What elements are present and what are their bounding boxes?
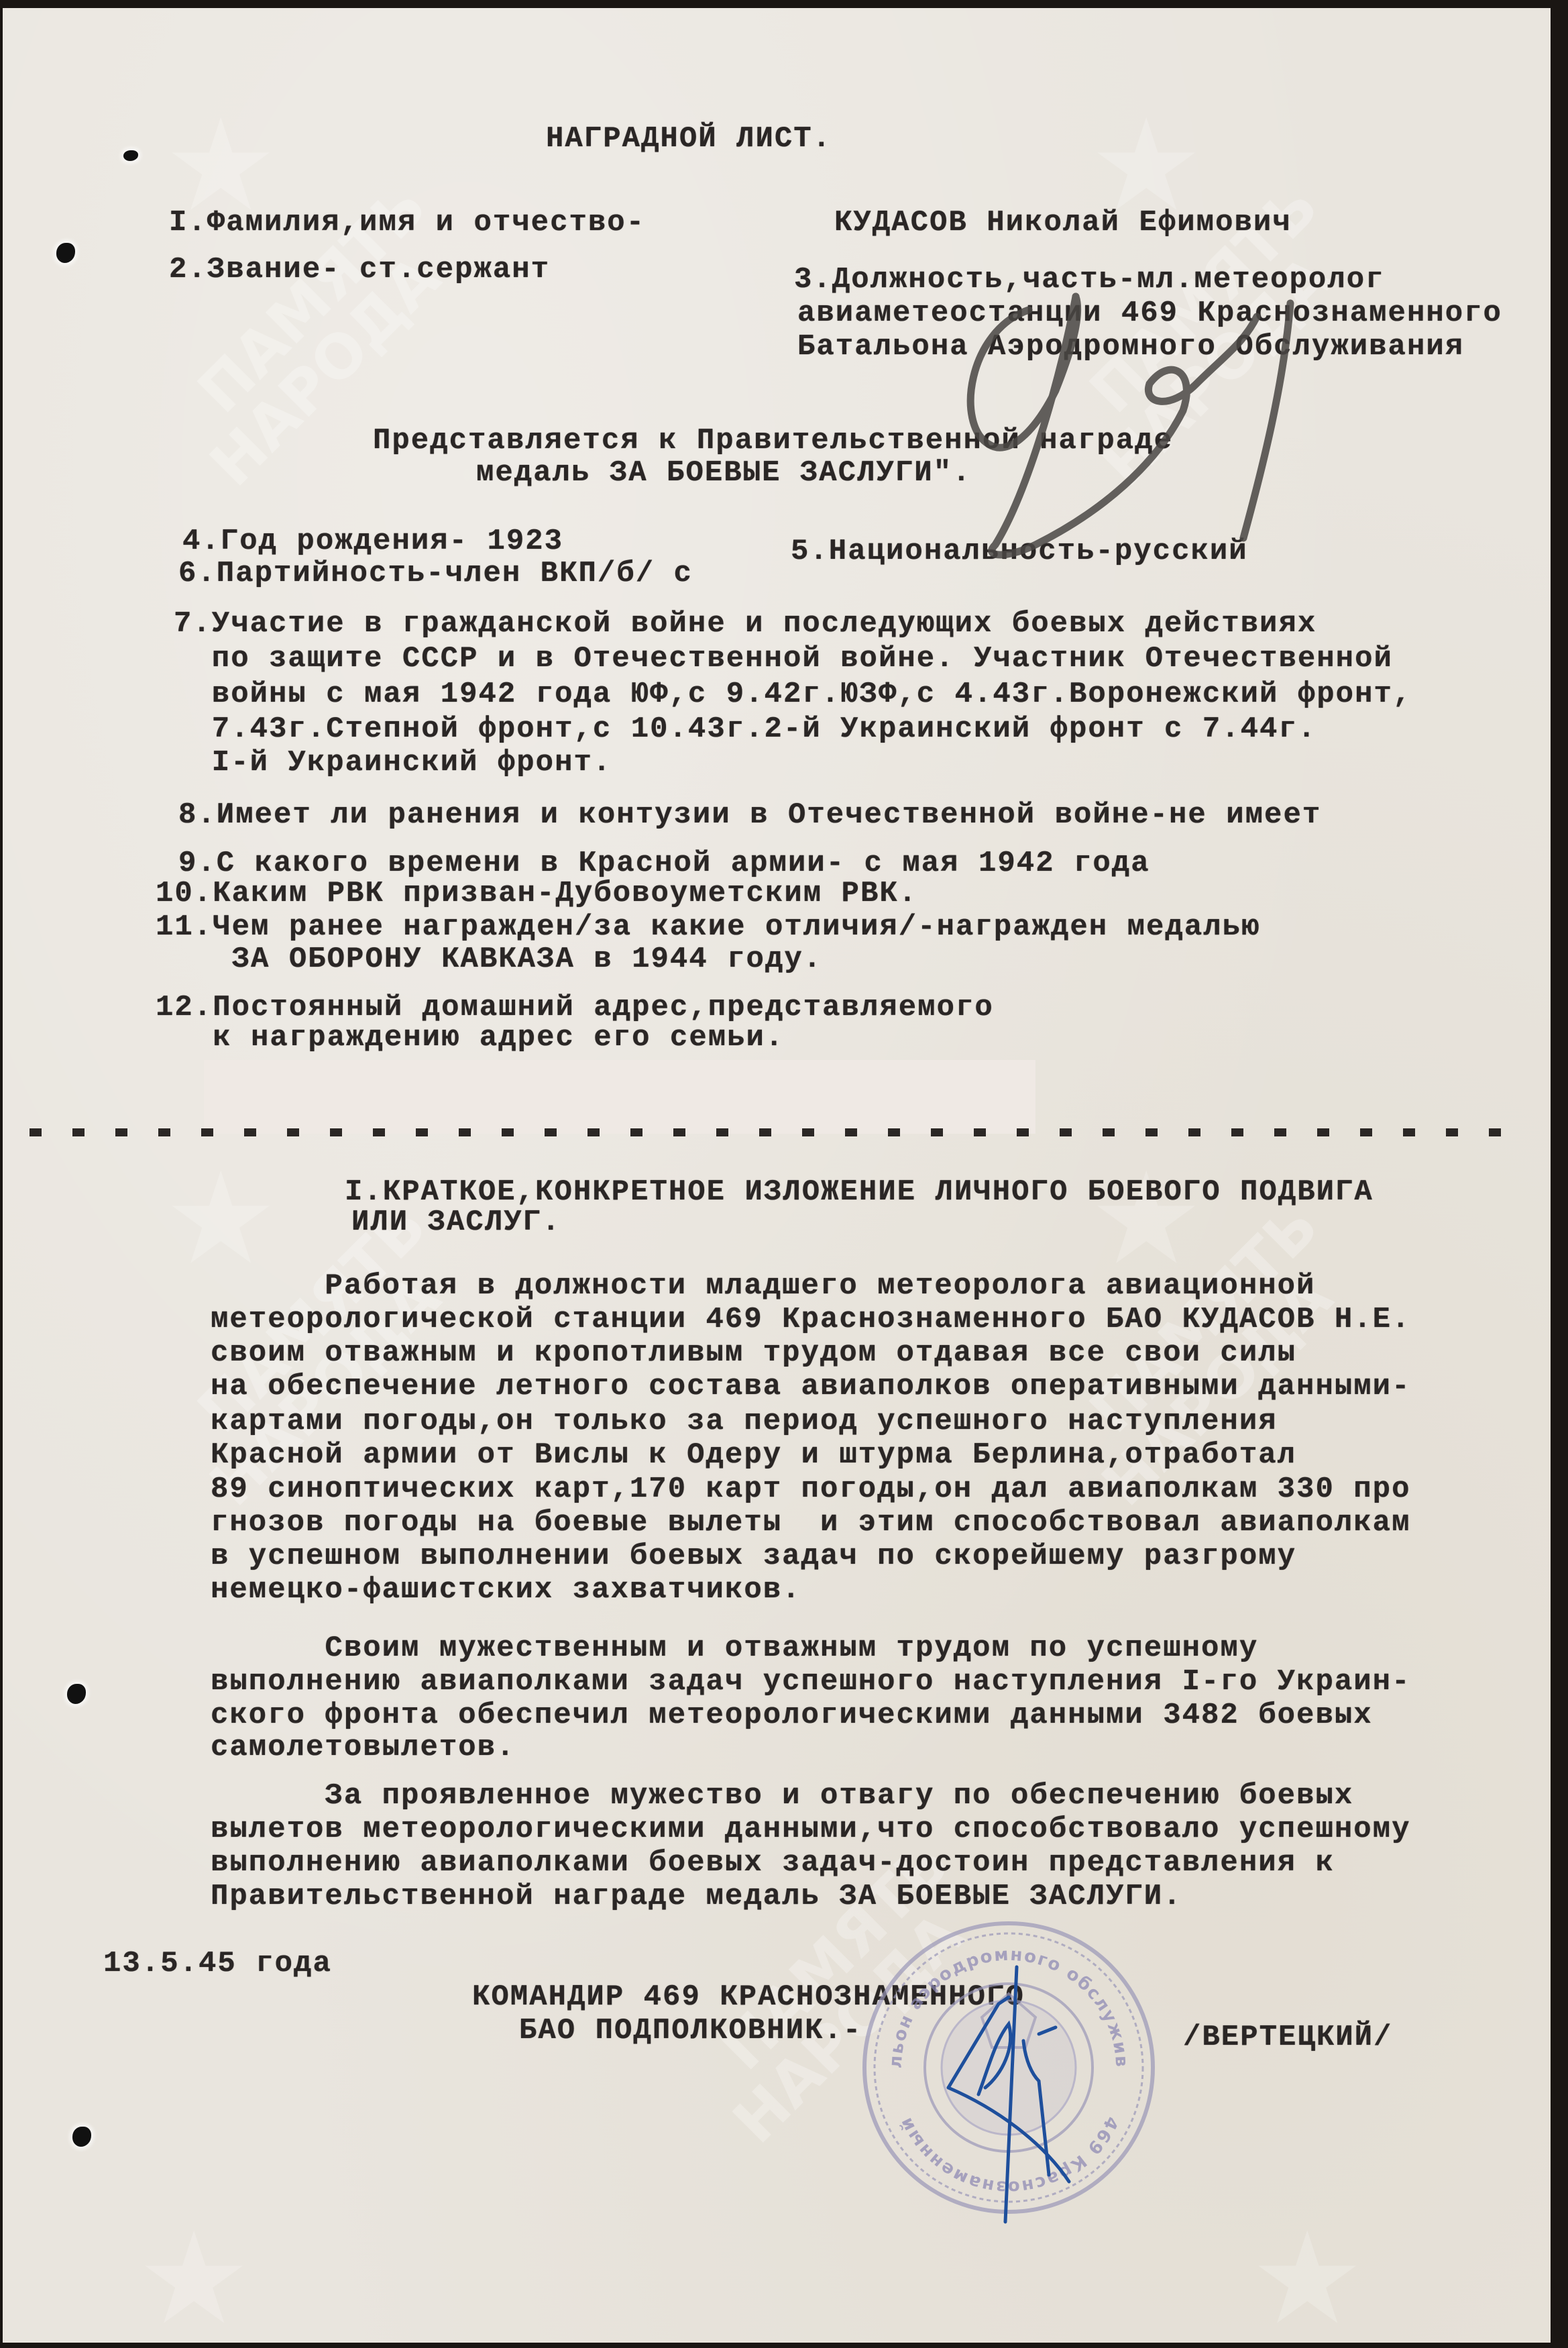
separator-dashed-line [30,1128,1525,1136]
redacted-address [204,1060,1035,1134]
watermark-star-icon: ★ [164,1162,278,1276]
narrative-line: метеорологической станции 469 Краснознам… [211,1303,1410,1336]
document-title: НАГРАДНОЙ ЛИСТ. [546,122,832,156]
field-7-line: 7.Участие в гражданской войне и последую… [174,607,1317,641]
section-title-line: I.КРАТКОЕ,КОНКРЕТНОЕ ИЗЛОЖЕНИЕ ЛИЧНОГО Б… [345,1175,1374,1209]
field-7-line: войны с мая 1942 года ЮФ,с 9.42г.ЮЗФ,с 4… [174,678,1412,711]
award-sheet-page: ПАМЯТЬ НАРОДА ПАМЯТЬ НАРОДА ПАМЯТЬ НАРОД… [3,8,1551,2343]
document-date: 13.5.45 года [103,1947,332,1980]
narrative-line: За проявленное мужество и отвагу по обес… [211,1779,1353,1813]
commander-title-line2: БАО ПОДПОЛКОВНИК.- [519,2014,862,2047]
official-stamp: Батальон аэродромного обслуживания 469 К… [848,1907,1170,2229]
field-12-address-line: к награждению адрес его семьи. [156,1021,784,1055]
narrative-line: своим отважным и кропотливым трудом отда… [211,1336,1296,1370]
narrative-line: Красной армии от Вислы к Одеру и штурма … [211,1438,1296,1472]
narrative-line: Работая в должности младшего метеоролога… [211,1269,1315,1303]
field-4-birth-year: 4.Год рождения- 1923 [182,525,563,558]
field-10-draft-office: 10.Каким РВК призван-Дубовоуметским РВК. [156,877,917,910]
pencil-resolution-mark [928,290,1344,572]
field-7-line: I-й Украинский фронт. [174,746,612,780]
watermark-star-icon: ★ [137,2222,251,2336]
punch-hole [123,150,138,161]
narrative-line: самолетовылетов. [211,1731,515,1764]
narrative-line: вылетов метеорологическими данными,что с… [211,1813,1410,1846]
narrative-line: выполнению авиаполками боевых задач-дост… [211,1846,1335,1880]
narrative-line: ского фронта обеспечил метеорологическим… [211,1699,1373,1732]
narrative-line: гнозов погоды на боевые вылеты и этим сп… [211,1506,1410,1540]
watermark-star-icon: ★ [1250,2222,1364,2336]
signatory-name: /ВЕРТЕЦКИЙ/ [1183,2021,1392,2054]
section-title-line: ИЛИ ЗАСЛУГ. [351,1206,561,1239]
narrative-line: в успешном выполнении боевых задач по ск… [211,1540,1296,1573]
narrative-line: картами погоды,он только за период успеш… [211,1405,1278,1438]
field-11-prior-awards-line: ЗА ОБОРОНУ КАВКАЗА в 1944 году. [156,943,822,976]
watermark: ПАМЯТЬ НАРОДА [87,132,522,568]
field-11-prior-awards-line: 11.Чем ранее награжден/за какие отличия/… [156,910,1260,944]
narrative-line: немецко-фашистских захватчиков. [211,1573,801,1607]
narrative-line: на обеспечение летного состава авиаполко… [211,1370,1410,1403]
field-1-value: КУДАСОВ Николай Ефимович [834,206,1292,239]
field-1-label: I.Фамилия,имя и отчество- [169,206,645,239]
punch-hole [67,1684,86,1704]
award-intro-line2: медаль ЗА БОЕВЫЕ ЗАСЛУГИ". [476,456,972,490]
field-9-service-since: 9.С какого времени в Красной армии- с ма… [178,847,1150,880]
punch-hole [56,243,75,263]
narrative-line: 89 синоптических карт,170 карт погоды,он… [211,1473,1410,1506]
field-12-address-line: 12.Постоянный домашний адрес,представляе… [156,991,994,1024]
narrative-line: выполнению авиаполками задач успешного н… [211,1665,1410,1699]
field-6-party: 6.Партийность-член ВКП/б/ с [178,557,693,590]
punch-hole [72,2127,91,2147]
field-7-line: по защите СССР и в Отечественной войне. … [174,642,1393,676]
field-2-rank: 2.Звание- ст.сержант [169,253,550,286]
field-8-wounds: 8.Имеет ли ранения и контузии в Отечеств… [178,798,1321,832]
narrative-line: Своим мужественным и отважным трудом по … [211,1632,1258,1665]
field-7-line: 7.43г.Степной фронт,с 10.43г.2-й Украинс… [174,712,1317,746]
